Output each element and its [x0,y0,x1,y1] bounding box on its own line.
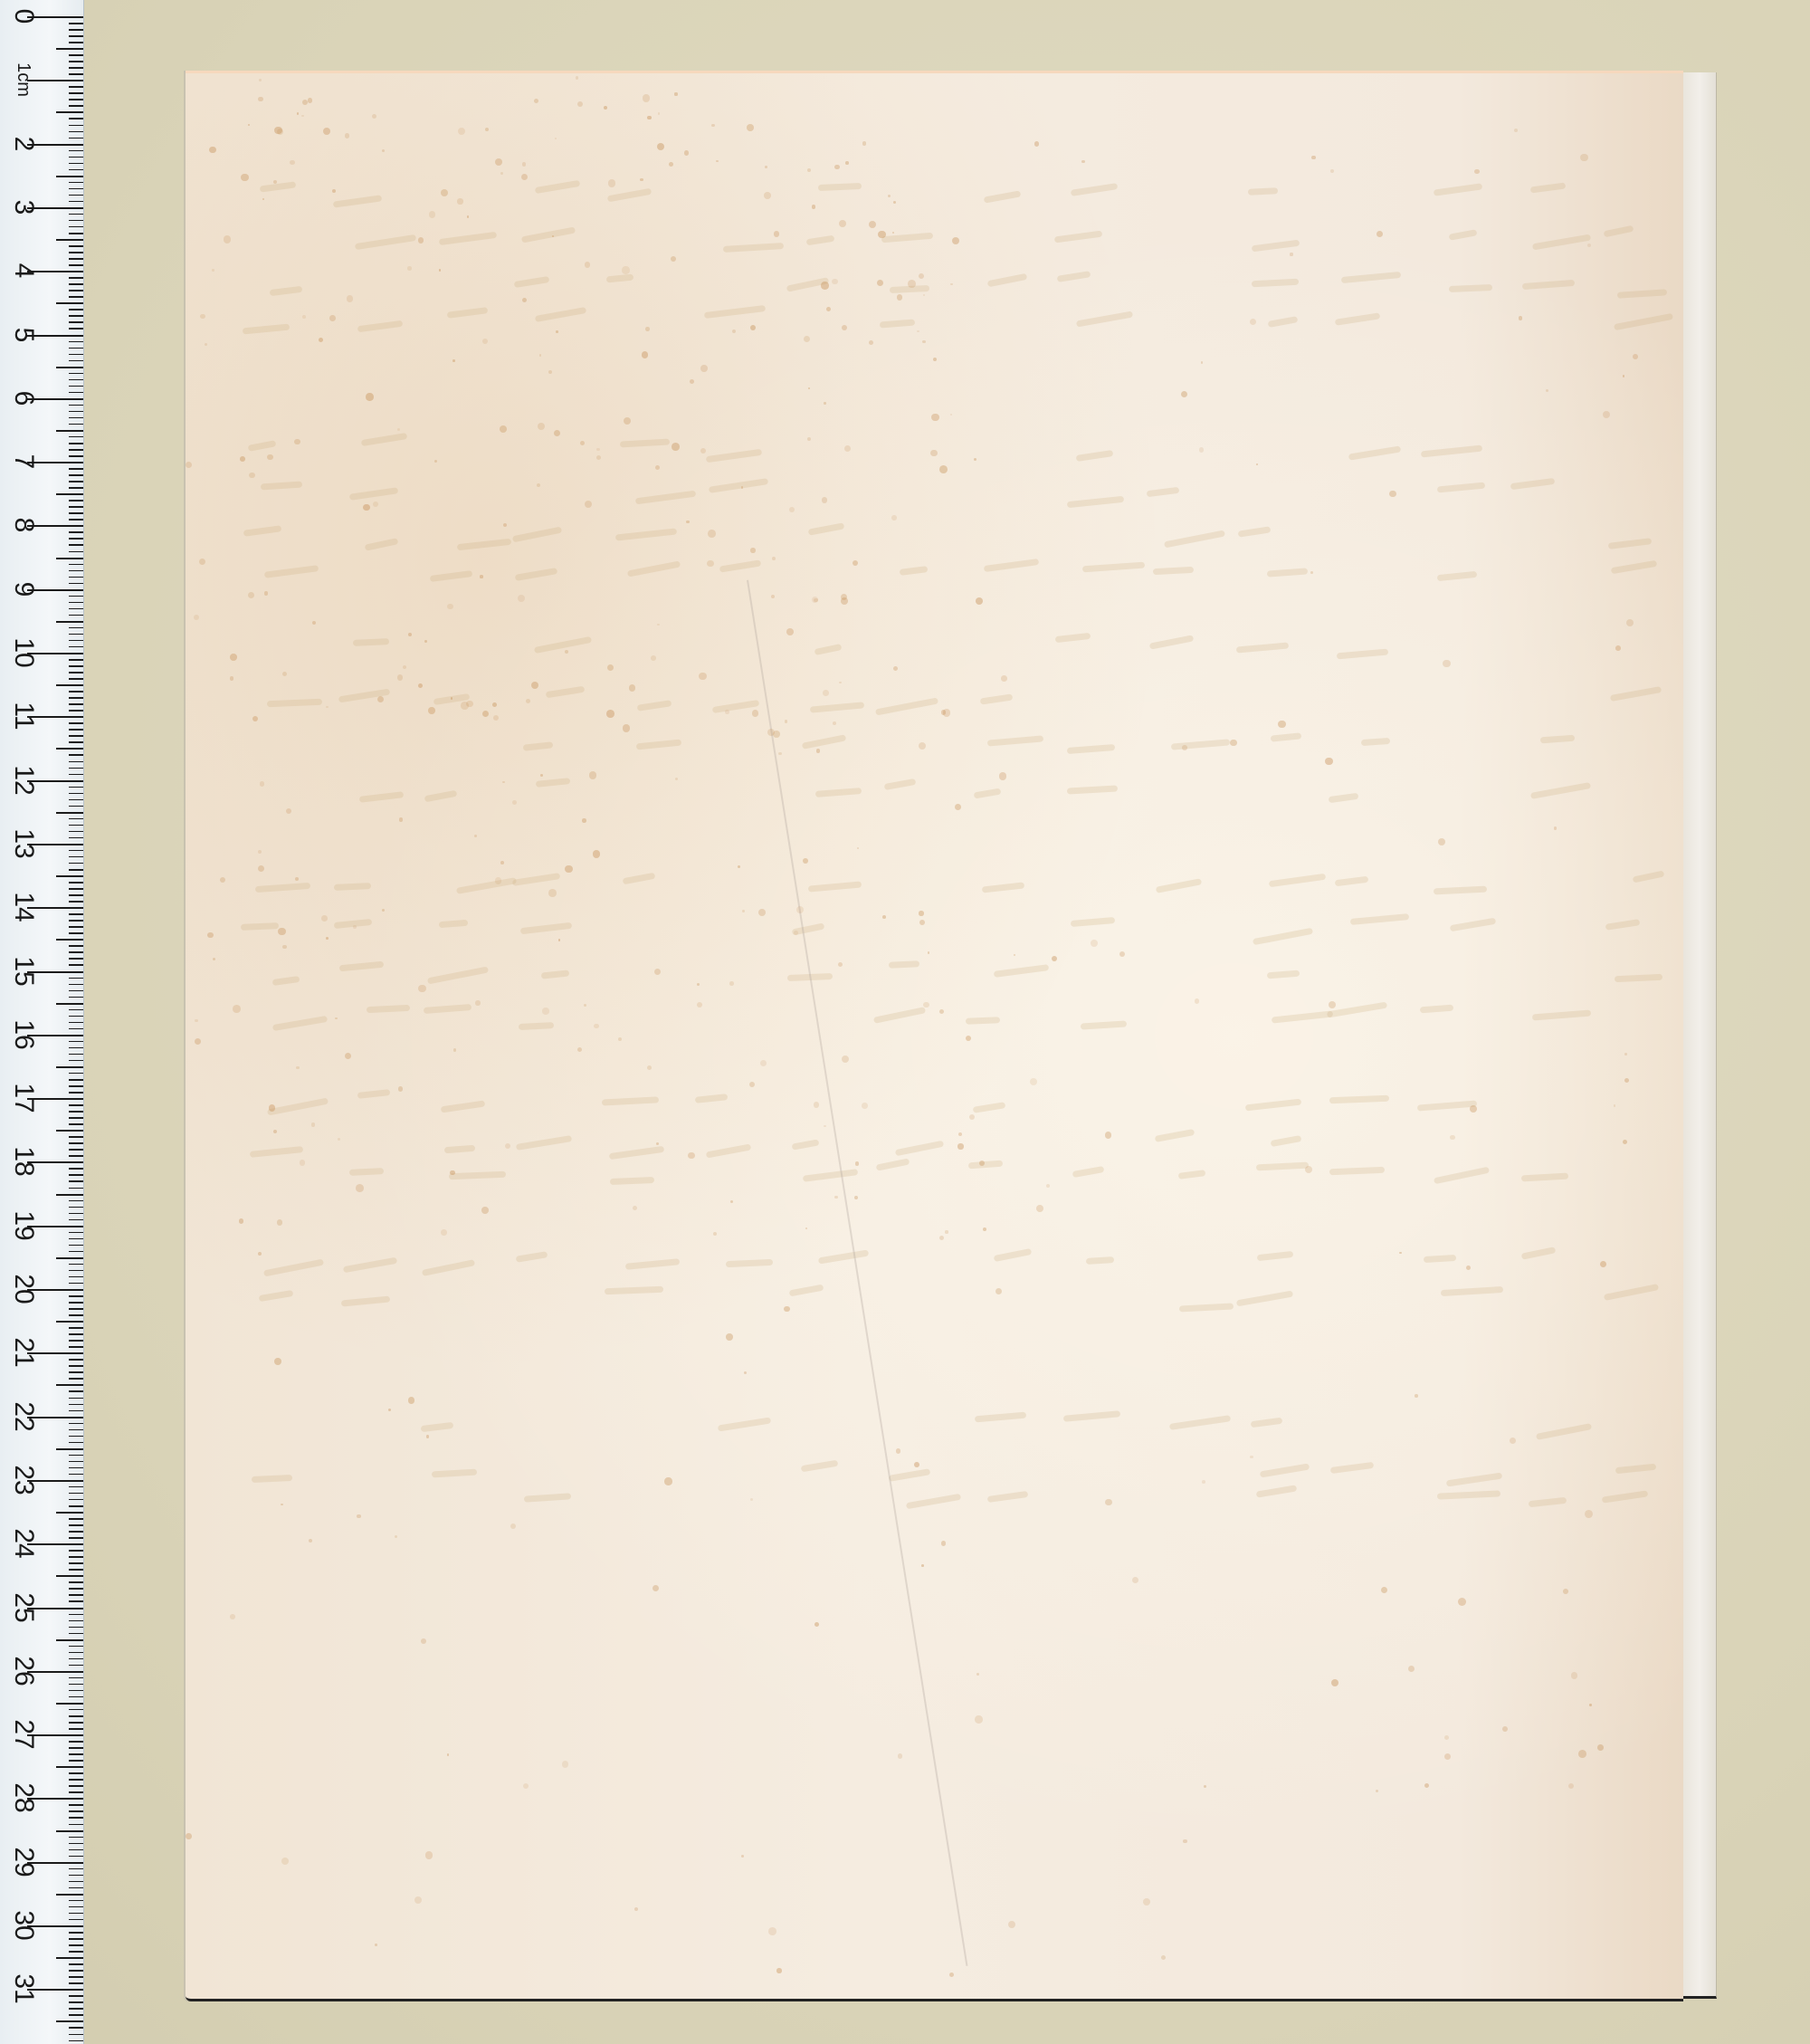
ruler-tick [69,1142,83,1144]
ruler-tick [69,1995,83,1997]
ruler-tick [56,302,83,304]
ruler-tick [69,818,83,820]
ruler-tick [69,214,83,215]
ruler-tick [69,1875,83,1877]
ruler-tick [69,1180,83,1182]
ruler-label: 1cm [10,62,37,98]
ruler-tick [69,1365,83,1367]
ruler-tick [56,48,83,50]
ruler-tick [56,1703,83,1705]
ruler-tick [69,1581,83,1583]
ruler-tick [69,831,83,833]
ruler-tick [69,920,83,922]
ruler-tick [56,1639,83,1641]
ruler-tick [69,1340,83,1342]
ruler-tick [69,468,83,470]
ruler-tick [69,150,83,152]
ruler-tick [69,1932,83,1934]
ruler-label: 26 [10,1653,37,1689]
ruler-tick [69,417,83,419]
ruler-tick [69,1658,83,1660]
ruler-tick [69,596,83,597]
ruler-tick [69,252,83,253]
ruler-label: 16 [10,1017,37,1053]
ruler-tick [69,964,83,966]
ruler-tick [69,1493,83,1495]
ruler-label: 27 [10,1716,37,1753]
ruler-tick [69,73,83,75]
ruler-label: 7 [10,444,37,480]
ruler-tick [69,1594,83,1596]
measurement-ruler: 01cm234567891011121314151617181920212223… [0,0,84,2044]
ruler-tick [69,379,83,381]
ruler-tick [69,277,83,279]
ruler-tick [69,634,83,635]
ruler-tick [69,1600,83,1602]
ruler-tick [69,1938,83,1940]
ruler-tick [69,449,83,451]
ruler-tick [69,602,83,604]
ruler-tick [69,67,83,69]
ruler-tick [69,531,83,533]
ruler-tick [69,245,83,247]
ruler-tick [69,321,83,323]
ruler-tick [69,1627,83,1629]
ruler-tick [69,787,83,788]
ruler-tick [69,1155,83,1157]
ruler-tick [56,1512,83,1514]
ruler-tick [69,1791,83,1793]
ruler-tick [56,1321,83,1323]
paper-sheet [186,71,1683,2001]
ruler-tick [69,1753,83,1755]
ruler-tick [69,888,83,890]
ruler-tick [69,411,83,413]
ruler-label: 4 [10,253,37,289]
ruler-tick [69,481,83,482]
ruler-tick [69,990,83,992]
ruler-tick [69,1499,83,1501]
ruler-tick [69,443,83,444]
ruler-tick [69,913,83,915]
ruler-tick [69,2040,83,2042]
ruler-tick [69,856,83,858]
ruler-tick [69,1092,83,1094]
ruler-tick [56,1384,83,1386]
ruler-tick [69,799,83,801]
ruler-tick [69,1429,83,1431]
ruler-tick [69,354,83,356]
ruler-label: 23 [10,1462,37,1498]
ruler-tick [69,1111,83,1113]
ruler-tick [69,615,83,616]
ruler-tick [69,99,83,100]
ruler-tick [56,812,83,814]
ruler-tick [69,348,83,349]
ruler-label: 15 [10,953,37,989]
ruler-tick [56,558,83,559]
ruler-tick [69,1982,83,1984]
ruler-tick [69,951,83,953]
ruler-tick [69,1646,83,1648]
ruler-tick [69,1123,83,1125]
ruler-tick [69,1881,83,1883]
ruler-tick [69,1009,83,1011]
ruler-tick [69,226,83,228]
ruler-tick [69,1817,83,1819]
ruler-tick [69,157,83,158]
ruler-tick [69,201,83,203]
ruler-tick [69,1556,83,1558]
ruler-tick [69,1346,83,1348]
ruler-tick [69,436,83,438]
ruler-tick [69,1333,83,1335]
ruler-tick [69,1054,83,1055]
ruler-tick [69,1837,83,1839]
ruler-label: 9 [10,571,37,607]
ruler-tick [69,997,83,998]
ruler-tick [69,1174,83,1176]
ruler-tick [69,1843,83,1845]
ruler-tick [69,373,83,375]
ruler-tick [69,474,83,476]
ruler-tick [69,697,83,699]
ruler-tick [69,1747,83,1749]
ruler-tick [69,984,83,986]
ruler-tick [69,850,83,852]
ruler-tick [69,1741,83,1743]
ruler-label: 17 [10,1080,37,1116]
ruler-tick [69,710,83,712]
ruler-tick [69,958,83,960]
ruler-tick [69,1022,83,1024]
ruler-tick [69,1486,83,1488]
ruler-tick [69,169,83,171]
ruler-tick [69,1188,83,1189]
ruler-tick [56,1894,83,1896]
ruler-tick [69,138,83,139]
ruler-tick [69,538,83,540]
ruler-label: 29 [10,1844,37,1880]
ruler-tick [69,1760,83,1762]
ruler-tick [69,1562,83,1564]
ruler-tick [69,1569,83,1571]
ruler-tick [69,1295,83,1297]
ruler-tick [69,35,83,37]
ruler-tick [69,1308,83,1310]
ruler-tick [69,640,83,642]
ruler-tick [69,1200,83,1202]
ruler-tick [69,512,83,514]
ruler-label: 13 [10,826,37,862]
ruler-tick [69,258,83,260]
ruler-tick [56,748,83,750]
ruler-tick [56,1003,83,1005]
ruler-label: 5 [10,317,37,353]
ruler-tick [69,1314,83,1316]
ruler-tick [69,2034,83,2036]
ruler-tick [69,1856,83,1858]
ruler-tick [69,1505,83,1507]
ruler-tick [69,691,83,692]
ruler-label: 25 [10,1590,37,1626]
ruler-tick [69,1232,83,1234]
ruler-tick [69,1371,83,1373]
ruler-tick [69,932,83,934]
ruler-tick [69,1614,83,1616]
ruler-tick [69,1327,83,1329]
ruler-tick [69,1951,83,1953]
ruler-tick [69,1245,83,1246]
ruler-tick [69,54,83,56]
ruler-tick [69,195,83,196]
ruler-tick [69,1887,83,1889]
ruler-tick [69,341,83,343]
ruler-tick [56,1957,83,1959]
ruler-tick [69,741,83,743]
ruler-tick [69,1779,83,1781]
ruler-tick [69,1970,83,1972]
ruler-tick [69,1276,83,1278]
ruler-tick [69,1251,83,1253]
ruler-tick [69,1398,83,1399]
ruler-tick [69,1963,83,1965]
ruler-tick [69,2001,83,2003]
ruler-tick [69,1677,83,1679]
ruler-tick [69,863,83,864]
ruler-tick [69,1665,83,1667]
ruler-tick [56,1257,83,1259]
ruler-tick [69,1410,83,1412]
ruler-tick [69,309,83,310]
ruler-tick [69,1976,83,1978]
ruler-tick [69,1041,83,1043]
ruler-label: 2 [10,126,37,162]
ruler-tick [69,487,83,489]
ruler-tick [69,182,83,184]
ruler-tick [69,703,83,705]
ruler-tick [69,1378,83,1380]
ruler-label: 24 [10,1525,37,1562]
ruler-tick [69,315,83,317]
ruler-label: 3 [10,189,37,225]
ruler-tick [69,882,83,884]
ruler-tick [69,544,83,546]
ruler-tick [69,1804,83,1806]
ruler-tick [69,1442,83,1444]
ruler-tick [69,1219,83,1221]
ruler-tick [69,1423,83,1425]
ruler-tick [69,1467,83,1469]
ruler-tick [69,86,83,88]
ruler-tick [69,1709,83,1711]
ruler-tick [69,2027,83,2029]
ruler-tick [69,1168,83,1170]
ruler-tick [69,424,83,425]
ruler-tick [69,1785,83,1787]
ruler-label: 22 [10,1399,37,1435]
ruler-tick [69,608,83,610]
ruler-tick [56,1766,83,1768]
ruler-tick [69,1690,83,1692]
ruler-tick [69,793,83,795]
ruler-tick [69,1060,83,1062]
ruler-tick [56,684,83,686]
ruler-tick [69,1270,83,1272]
ruler-tick [69,1900,83,1902]
ruler-tick [69,23,83,24]
ruler-tick [69,29,83,31]
ruler-tick [69,570,83,572]
ruler-tick [69,926,83,928]
ruler-tick [69,1868,83,1870]
ruler-tick [69,188,83,190]
ruler-tick [56,1830,83,1832]
ruler-label: 21 [10,1334,37,1371]
ruler-label: 28 [10,1780,37,1816]
ruler-tick [69,1238,83,1240]
ruler-tick [69,1652,83,1654]
ruler-tick [69,869,83,871]
ruler-tick [69,500,83,501]
ruler-tick [69,894,83,896]
ruler-tick [56,493,83,495]
ruler-tick [69,735,83,737]
ruler-tick [69,774,83,776]
ruler-tick [69,125,83,127]
ruler-tick [69,233,83,234]
ruler-tick [69,1906,83,1908]
ruler-tick [69,1919,83,1921]
ruler-tick [69,1715,83,1717]
ruler-tick [69,61,83,62]
ruler-tick [69,2014,83,2016]
ruler-tick [69,1474,83,1476]
ruler-label: 8 [10,507,37,543]
ruler-tick [69,1283,83,1285]
ruler-tick [69,1722,83,1724]
ruler-label: 14 [10,889,37,925]
ruler-tick [69,945,83,947]
ruler-tick [69,118,83,119]
ruler-tick [69,386,83,387]
ruler-tick [69,1302,83,1304]
ruler-tick [69,1696,83,1698]
ruler-tick [56,2020,83,2022]
ruler-tick [69,665,83,667]
ruler-tick [69,659,83,661]
ruler-tick [69,1390,83,1392]
ruler-tick [69,1117,83,1119]
ruler-tick [69,1016,83,1017]
ruler-tick [69,1772,83,1774]
ruler-label: 30 [10,1907,37,1944]
ruler-label: 31 [10,1971,37,2007]
ruler-tick [69,1436,83,1437]
ruler-tick [69,1136,83,1138]
ruler-tick [69,1073,83,1075]
ruler-tick [69,672,83,673]
paper-crease [747,580,967,1966]
ruler-tick [69,1620,83,1622]
ruler-tick [69,768,83,769]
ruler-tick [69,1104,83,1106]
ruler-tick [69,1531,83,1533]
ruler-tick [69,328,83,330]
ruler-tick [56,1066,83,1068]
ruler-tick [69,2008,83,2010]
ruler-tick [69,220,83,222]
ruler-tick [56,1130,83,1132]
ruler-tick [69,1684,83,1686]
ruler-tick [69,678,83,680]
ruler-tick [69,1085,83,1087]
ruler-tick [69,42,83,43]
ruler-tick [69,455,83,457]
ruler-tick [69,1944,83,1946]
ruler-tick [69,1913,83,1915]
ruler-tick [69,506,83,508]
ruler-label: 20 [10,1271,37,1307]
ruler-tick [69,1518,83,1520]
ruler-tick [69,360,83,362]
ruler-tick [56,875,83,877]
ruler-label: 6 [10,380,37,416]
ruler-tick [69,1524,83,1526]
ruler-tick [69,1824,83,1826]
ruler-tick [69,1461,83,1463]
ruler-tick [56,1575,83,1577]
ruler-tick [69,978,83,979]
ruler-tick [69,729,83,731]
ruler-tick [69,163,83,165]
ruler-tick [69,1213,83,1215]
ruler-tick [69,577,83,578]
ruler-label: 18 [10,1143,37,1180]
ruler-tick [69,1207,83,1208]
ruler-tick [69,296,83,298]
ruler-tick [69,105,83,107]
ruler-tick [69,264,83,266]
ruler-tick [69,1849,83,1851]
ruler-tick [69,131,83,133]
ruler-tick [69,722,83,724]
ruler-tick [69,92,83,94]
ruler-tick [69,1028,83,1030]
ruler-tick [69,627,83,629]
ruler-tick [56,176,83,177]
ruler-tick [69,392,83,394]
ruler-tick [69,1359,83,1361]
ruler-tick [56,239,83,241]
ruler-tick [69,825,83,826]
binding-strip [1683,72,1717,1999]
ruler-label: 11 [10,698,37,734]
ink-show-through [186,73,1683,1999]
ruler-tick [69,1728,83,1730]
ruler-tick [56,1194,83,1196]
ruler-tick [69,283,83,285]
ruler-tick [69,1047,83,1049]
ruler-tick [69,646,83,648]
ruler-tick [69,1079,83,1081]
ruler-tick [69,1588,83,1590]
ruler-tick [56,111,83,113]
ruler-tick [56,621,83,623]
ruler-label: 12 [10,762,37,798]
ruler-tick [69,564,83,566]
ruler-tick [69,290,83,291]
